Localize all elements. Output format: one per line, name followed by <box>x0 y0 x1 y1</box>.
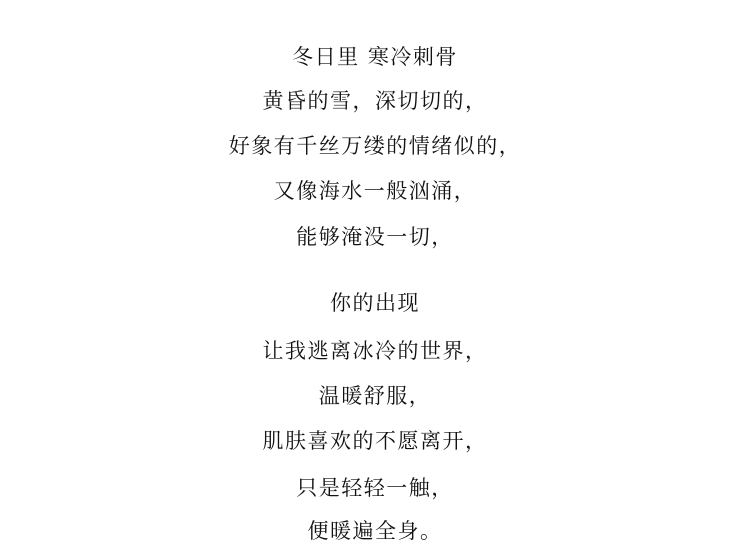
poem-line: 只是轻轻一触， <box>0 476 750 500</box>
poem: 冬日里 寒冷刺骨 黄昏的雪，深切切的， 好象有千丝万缕的情绪似的， 又像海水一般… <box>0 0 750 552</box>
poem-line: 好象有千丝万缕的情绪似的， <box>0 134 750 158</box>
poem-line: 又像海水一般汹涌， <box>0 179 750 203</box>
poem-line: 便暖遍全身。 <box>0 519 750 543</box>
poem-line: 能够淹没一切， <box>0 225 750 249</box>
poem-line: 肌肤喜欢的不愿离开， <box>0 429 750 453</box>
poem-line: 你的出现 <box>0 291 750 315</box>
poem-line: 黄昏的雪，深切切的， <box>0 89 750 113</box>
poem-line: 温暖舒服， <box>0 384 750 408</box>
poem-line: 冬日里 寒冷刺骨 <box>0 45 750 69</box>
poem-line: 让我逃离冰冷的世界， <box>0 339 750 363</box>
